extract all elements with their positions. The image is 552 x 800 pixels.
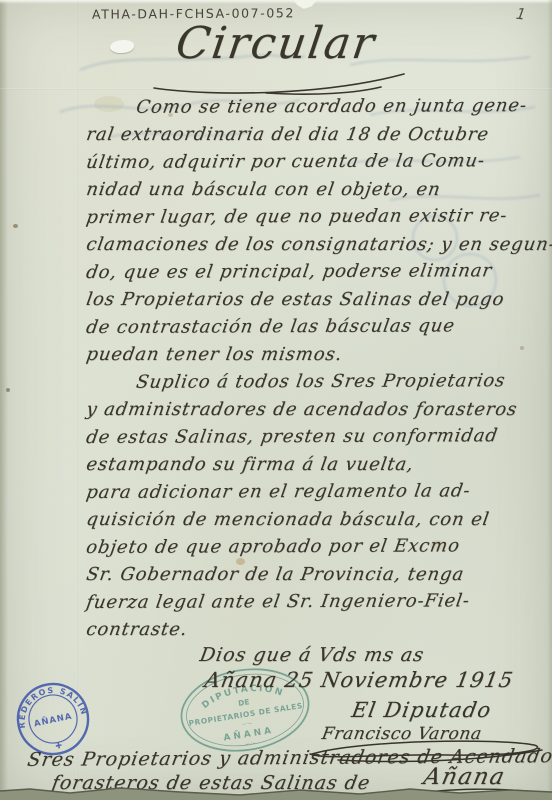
dateline: Añana 25 Noviembre 1915 — [203, 668, 516, 692]
letter-line: primer lugar, de que no puedan existir r… — [84, 205, 551, 235]
oval-stamp-divider: -··- — [242, 719, 253, 728]
document-title: Circular — [0, 18, 552, 69]
paper-edge-top — [0, 0, 552, 4]
letter-line: clamaciones de los consignatarios; y en … — [84, 234, 550, 262]
letter-body: Como se tiene acordado en junta gene- ra… — [86, 96, 548, 646]
letter-line: objeto de que aprobado por el Excmo — [84, 535, 551, 565]
letter-line: ral extraordinaria del dia 18 de Octubre — [84, 124, 550, 152]
letter-line: contraste. — [84, 619, 550, 647]
letter-line: de contrastación de las básculas que — [84, 315, 551, 345]
letter-line: y administradores de acendados forastero… — [84, 399, 550, 427]
letter-line: fuerza legal ante el Sr. Ingeniero-Fiel- — [84, 590, 551, 620]
letter-line: nidad una báscula con el objeto, en — [84, 179, 550, 207]
letter-line: quisición de mencionada báscula, con el — [84, 509, 550, 537]
foxing-spot — [13, 224, 18, 228]
letter-line: de estas Salinas, presten su conformidad — [84, 425, 551, 455]
letter-line: Suplico á todos los Sres Propietarios — [84, 370, 551, 400]
title-underline-flourish — [146, 66, 426, 98]
torn-bottom-edge — [0, 784, 552, 800]
round-stamp-center-text: AÑANA — [33, 711, 73, 730]
paper-edge-left — [0, 0, 8, 800]
letter-line: Sr. Gobernador de la Provincia, tenga — [84, 564, 550, 592]
oval-stamp-line2: DE — [238, 697, 251, 708]
torn-notch — [293, 0, 317, 9]
letter-line: Como se tiene acordado en junta gene- — [84, 95, 551, 125]
letter-line: último, adquirir por cuenta de la Comu- — [84, 150, 551, 180]
letter-line: los Propietarios de estas Salinas del pa… — [84, 289, 550, 317]
letter-line: do, que es el principal, poderse elimina… — [84, 260, 551, 290]
letter-line: puedan tener los mismos. — [84, 344, 550, 372]
scanned-document-page: ATHA-DAH-FCHSA-007-052 1 HEREDEROS SALIN… — [0, 0, 552, 800]
valediction: Dios gue á Vds ms as — [198, 644, 426, 666]
foxing-spot — [6, 388, 10, 392]
letter-line: para adicionar en el reglamento la ad- — [84, 480, 551, 510]
letter-line: estampando su firma á la vuelta, — [84, 454, 550, 482]
signature-title: El Diputado — [350, 698, 494, 722]
